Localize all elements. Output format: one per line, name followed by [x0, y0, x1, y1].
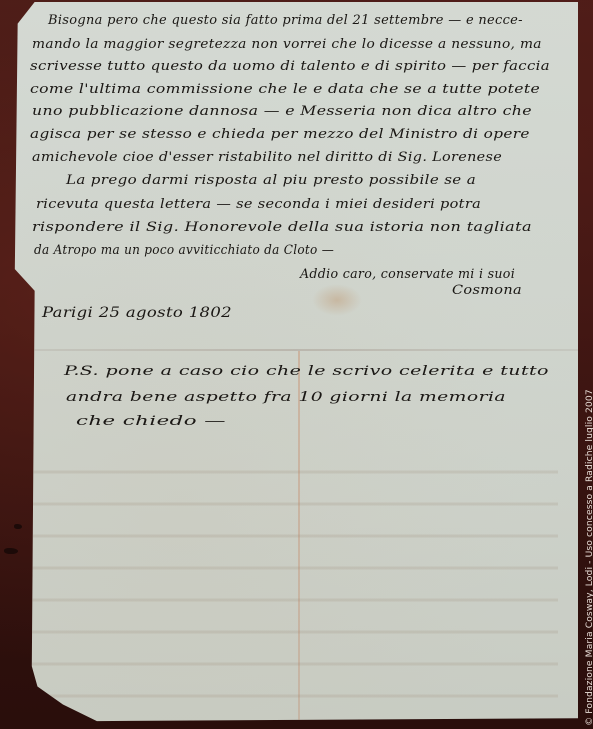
paper-stain — [312, 284, 362, 316]
letter-line-3: scrivesse tutto questo da uomo di talent… — [30, 58, 550, 73]
horizontal-fold-crease — [12, 349, 578, 351]
letter-line-2: mando la maggior segretezza non vorrei c… — [32, 36, 542, 51]
letter-line-1: Bisogna pero che questo sia fatto prima … — [48, 12, 523, 27]
paper-tear-mark-small — [14, 524, 22, 529]
postscript-line-3: che chiedo — — [76, 414, 226, 429]
letter-line-8: La prego darmi risposta al piu presto po… — [66, 172, 476, 187]
letter-line-7: amichevole cioe d'esser ristabilito nel … — [32, 149, 502, 164]
copyright-credit: © Fondazione Maria Cosway, Lodi - Uso co… — [584, 389, 593, 726]
letter-line-6: agisca per se stesso e chieda per mezzo … — [30, 126, 530, 141]
paper-tear-mark — [4, 548, 18, 554]
letter-line-4: come l'ultima commissione che le e data … — [30, 81, 540, 96]
letter-line-9: ricevuta questa lettera — se seconda i m… — [36, 196, 481, 211]
letter-line-11: da Atropo ma un poco avviticchiato da Cl… — [34, 242, 334, 257]
bleed-through-writing — [32, 442, 558, 702]
letter-closing: Addio caro, conservate mi i suoi — [300, 266, 515, 281]
letter-signature: Cosmona — [452, 283, 522, 298]
letter-dateline: Parigi 25 agosto 1802 — [42, 305, 232, 321]
postscript-line-2: andra bene aspetto fra 10 giorni la memo… — [66, 390, 506, 405]
letter-line-10: rispondere il Sig. Honorevole della sua … — [32, 219, 532, 234]
letter-line-5: uno pubblicazione dannosa — e Messeria n… — [32, 103, 532, 118]
postscript-line-1: P.S. pone a caso cio che le scrivo celer… — [64, 364, 549, 379]
